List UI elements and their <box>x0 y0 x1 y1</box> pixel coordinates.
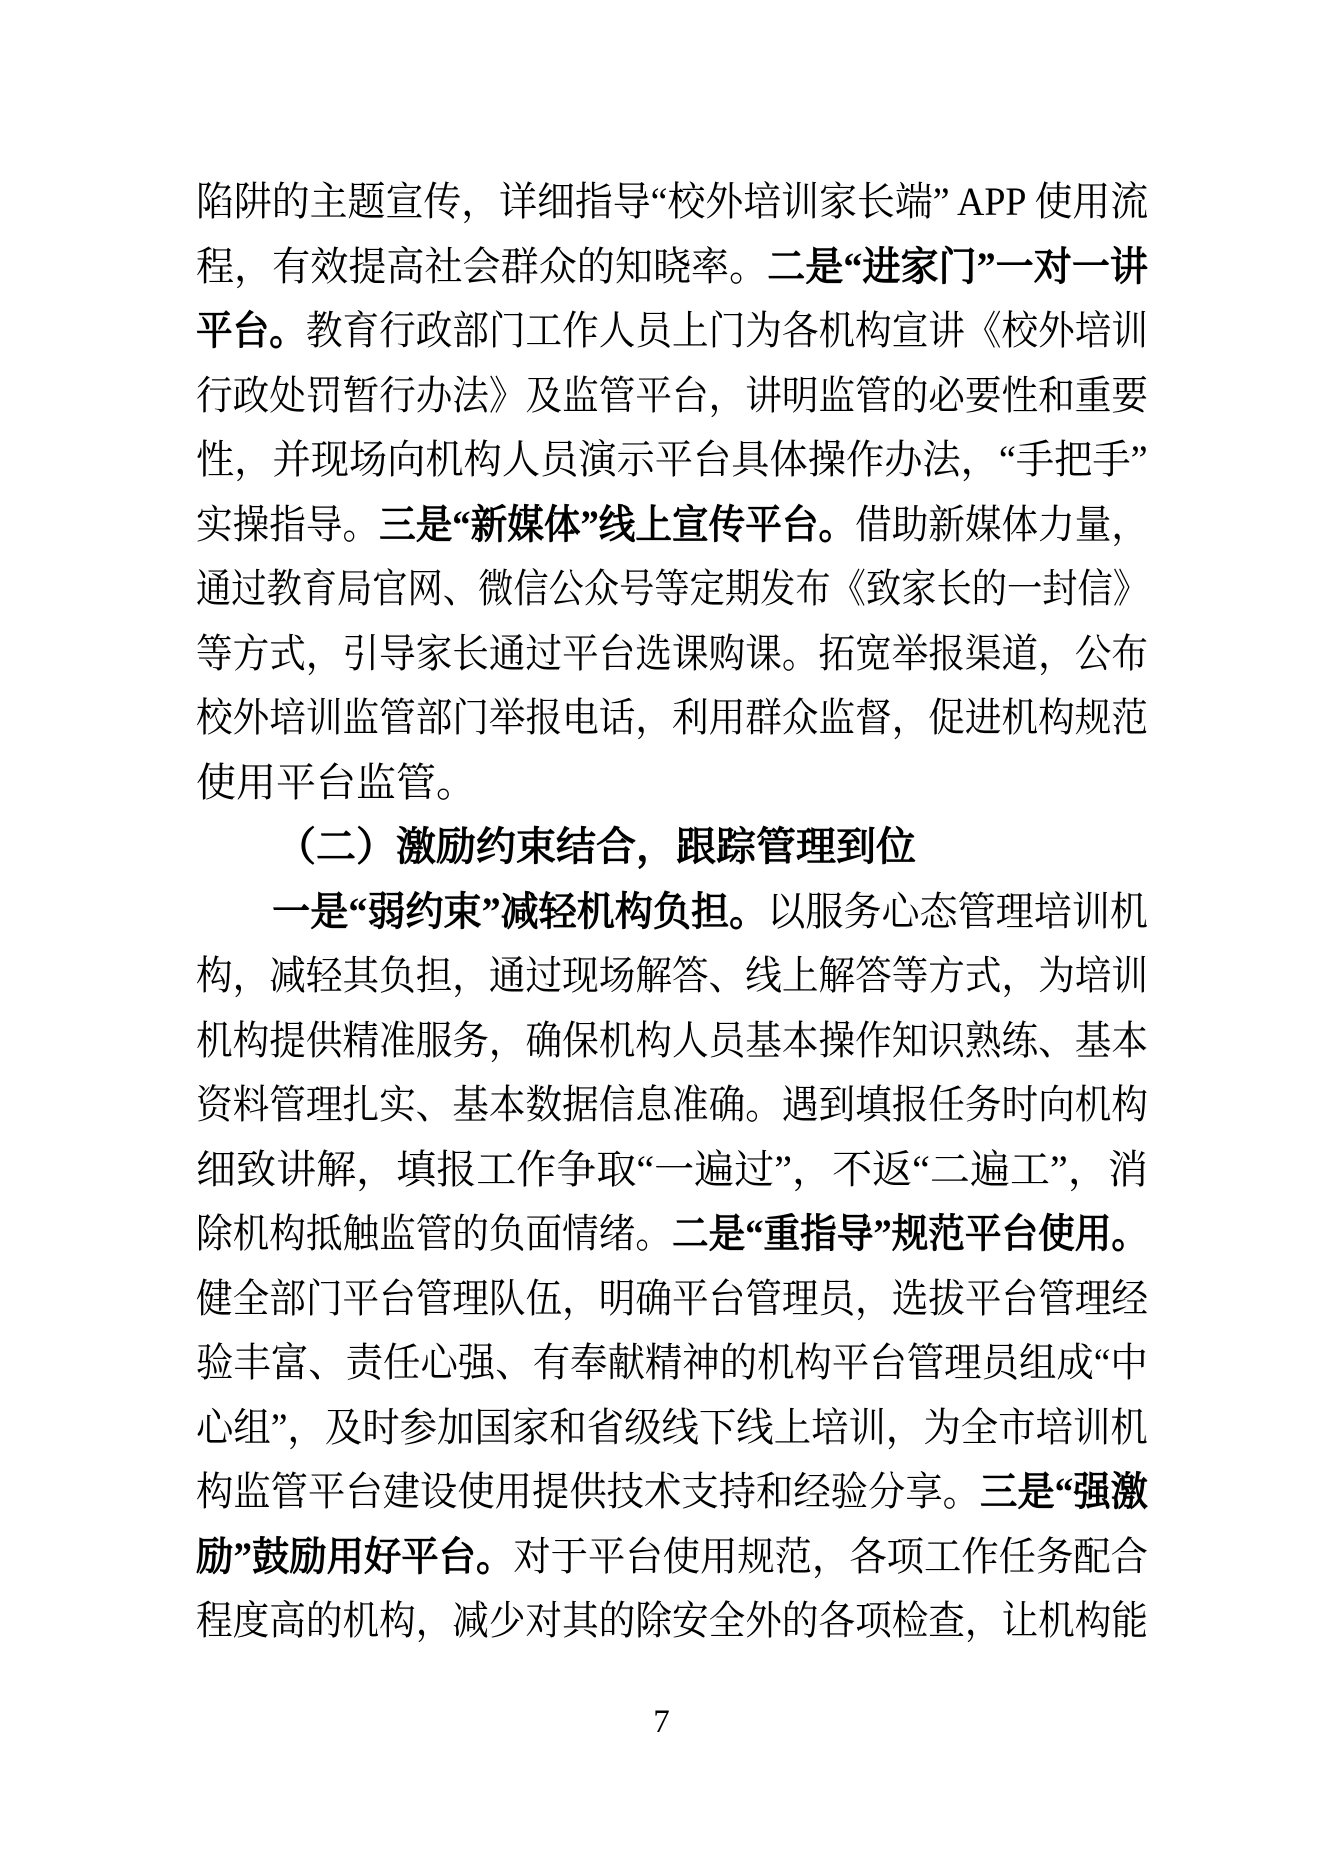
text-segment: 息 <box>635 1073 672 1138</box>
text-segment: 使 <box>457 1460 494 1525</box>
text-segment: 场 <box>349 428 387 493</box>
text-segment: 确 <box>526 1009 563 1074</box>
text-segment: 构 <box>855 299 892 364</box>
text-segment: 利 <box>672 686 709 751</box>
text-segment: 国 <box>474 1396 511 1461</box>
text-segment: 基 <box>1075 1009 1112 1074</box>
text-line: 验丰富、责任心强、有奉献精神的机构平台管理员组成“中 <box>196 1331 1086 1396</box>
text-segment: 群 <box>745 686 782 751</box>
text-segment: 人 <box>502 428 540 493</box>
text-segment: 政 <box>233 364 270 429</box>
text-segment: 培 <box>811 1396 848 1461</box>
text-segment: 有 <box>533 1331 570 1396</box>
text-segment: 组 <box>1019 1331 1056 1396</box>
text-segment: 构 <box>1038 686 1075 751</box>
text-segment: 有 <box>272 235 310 300</box>
text-segment: 。 <box>729 235 767 300</box>
text-segment: 法 <box>922 428 960 493</box>
text-segment: 程 <box>196 1589 233 1654</box>
bold-text-segment: 新 <box>471 493 508 558</box>
text-line: （二）激励约束结合，跟踪管理到位 <box>196 815 1148 880</box>
text-line: 程，有效提高社会群众的知晓率。二是“进家门”一对一讲 <box>196 235 1102 300</box>
text-segment: 提 <box>269 1009 306 1074</box>
text-segment: 使 <box>196 751 236 816</box>
text-segment: 管 <box>379 686 416 751</box>
text-segment: 信 <box>513 557 548 622</box>
text-segment: 渠 <box>965 622 1002 687</box>
text-segment: 查 <box>928 1589 965 1654</box>
text-segment: 情 <box>562 1202 599 1267</box>
text-segment: 重 <box>1075 364 1112 429</box>
text-segment: 》 <box>1113 557 1148 622</box>
text-segment: 式 <box>965 944 1002 1009</box>
text-segment: 监 <box>379 1202 416 1267</box>
text-segment: 和 <box>1038 364 1075 429</box>
bold-text-segment: 是 <box>416 493 453 558</box>
text-segment: ， <box>812 1525 849 1590</box>
text-segment: 管 <box>907 1331 944 1396</box>
text-segment: “ <box>1094 1331 1111 1396</box>
bold-text-segment: 宣 <box>672 493 709 558</box>
text-segment: ， <box>234 235 272 300</box>
text-segment: ， <box>855 1267 892 1332</box>
text-segment: 平 <box>562 622 599 687</box>
text-segment: 、 <box>416 1073 453 1138</box>
text-segment: 拓 <box>818 622 855 687</box>
text-segment: 返 <box>872 1138 912 1203</box>
bold-text-segment: 鼓 <box>252 1525 289 1590</box>
text-segment: 导 <box>613 170 651 235</box>
text-segment: 话 <box>599 686 636 751</box>
text-segment: 术 <box>644 1460 681 1525</box>
text-segment: ， <box>965 1589 1002 1654</box>
text-line: 校外培训监管部门举报电话，利用群众监督，促进机构规范 <box>196 686 1067 751</box>
text-line: 构，减轻其负担，通过现场解答、线上解答等方式，为培训 <box>196 944 1067 1009</box>
text-segment: 体 <box>1002 493 1039 558</box>
text-segment: 监 <box>818 364 855 429</box>
text-segment: 答 <box>855 944 892 1009</box>
text-segment: 举 <box>489 686 526 751</box>
text-segment: 外 <box>705 170 743 235</box>
text-segment: 持 <box>719 1460 756 1525</box>
text-segment: 能 <box>1111 1589 1148 1654</box>
text-segment: 等 <box>196 622 233 687</box>
text-segment: 务 <box>843 880 881 945</box>
text-segment: 、 <box>495 1331 532 1396</box>
text-segment: 高 <box>386 235 424 300</box>
text-segment: 通 <box>489 622 526 687</box>
text-segment: 细 <box>196 1138 236 1203</box>
text-segment: 定 <box>690 557 725 622</box>
text-segment: ” <box>1050 1138 1068 1203</box>
text-segment: 全 <box>961 1396 998 1461</box>
text-segment: 方 <box>928 944 965 1009</box>
text-line: 机构提供精准服务，确保机构人员基本操作知识熟练、基本 <box>196 1009 1067 1074</box>
text-segment: 过 <box>734 1138 774 1203</box>
text-segment: 效 <box>310 235 348 300</box>
bold-text-segment: 。 <box>1111 1202 1148 1267</box>
text-segment: APP <box>950 170 1035 235</box>
bold-text-segment: 一 <box>996 235 1034 300</box>
text-segment: 门 <box>489 299 526 364</box>
text-segment: 奉 <box>570 1331 607 1396</box>
text-segment: 管 <box>599 364 636 429</box>
text-segment: 指 <box>269 493 306 558</box>
text-segment: 构 <box>795 1331 832 1396</box>
bold-text-segment: 使 <box>1038 1202 1075 1267</box>
bold-text-segment: 三 <box>379 493 416 558</box>
bold-text-segment: 三 <box>980 1460 1017 1525</box>
text-segment: 强 <box>458 1331 495 1396</box>
text-segment: 服 <box>805 880 843 945</box>
bold-text-segment: 二 <box>316 815 356 880</box>
text-segment: 训 <box>1073 1396 1110 1461</box>
text-segment: 进 <box>965 686 1002 751</box>
text-segment: 操 <box>808 428 846 493</box>
bold-text-segment: “ <box>452 493 470 558</box>
text-segment: 经 <box>1111 1267 1148 1332</box>
bold-text-segment: 讲 <box>1110 235 1148 300</box>
text-segment: 培 <box>743 170 781 235</box>
text-segment: 管 <box>855 364 892 429</box>
text-segment: ， <box>234 428 272 493</box>
text-segment: 全 <box>233 1267 270 1332</box>
text-segment: 校 <box>1002 299 1039 364</box>
text-segment: 训 <box>781 170 819 235</box>
text-segment: 。 <box>436 751 476 816</box>
text-segment: 宣 <box>892 299 929 364</box>
text-segment: 线 <box>661 1396 698 1461</box>
text-segment: 长 <box>936 557 971 622</box>
text-segment: 实 <box>196 493 233 558</box>
text-segment: 《 <box>965 299 1002 364</box>
text-segment: 务 <box>452 1009 489 1074</box>
text-segment: 于 <box>551 1525 588 1590</box>
text-segment: 的 <box>452 1202 489 1267</box>
text-segment: ， <box>233 944 270 1009</box>
text-segment: 使 <box>1035 170 1073 235</box>
text-segment: 众 <box>782 686 819 751</box>
bold-text-segment: 励 <box>436 815 476 880</box>
bold-text-segment: 好 <box>364 1525 401 1590</box>
text-segment: 、 <box>443 557 478 622</box>
bold-text-segment: 励 <box>196 1525 233 1590</box>
text-line: 构监管平台建设使用提供技术支持和经验分享。三是“强激 <box>196 1460 1085 1525</box>
text-segment: 号 <box>619 557 654 622</box>
text-segment: 场 <box>599 944 636 1009</box>
text-segment: 宽 <box>855 622 892 687</box>
text-segment: “ <box>651 170 668 235</box>
bold-text-segment: 重 <box>764 1202 801 1267</box>
bold-text-segment: 励 <box>289 1525 326 1590</box>
text-segment: 台 <box>379 1267 416 1332</box>
bold-text-segment: 结 <box>556 815 596 880</box>
text-segment: 监 <box>342 686 379 751</box>
text-segment: 期 <box>725 557 760 622</box>
text-segment: 办 <box>884 428 922 493</box>
bold-text-segment: 体 <box>544 493 581 558</box>
bold-text-segment: 平 <box>401 1525 438 1590</box>
text-segment: 的 <box>892 364 929 429</box>
text-segment: 人 <box>599 299 636 364</box>
text-segment: 教 <box>267 557 302 622</box>
text-segment: 。 <box>943 1460 980 1525</box>
text-segment: 教 <box>306 299 343 364</box>
text-segment: 网 <box>408 557 443 622</box>
text-segment: ， <box>709 364 746 429</box>
text-segment: 加 <box>437 1396 474 1461</box>
bold-text-segment: 是 <box>310 880 348 945</box>
text-line: 除机构抵触监管的负面情绪。二是“重指导”规范平台使用。 <box>196 1202 1067 1267</box>
text-segment: 答 <box>672 944 709 1009</box>
text-segment: 献 <box>607 1331 644 1396</box>
text-segment: 管 <box>269 1073 306 1138</box>
text-segment: 明 <box>782 364 819 429</box>
text-segment: 助 <box>892 493 929 558</box>
text-segment: 式 <box>269 622 306 687</box>
text-segment: 级 <box>624 1396 661 1461</box>
text-segment: 中 <box>1110 1331 1147 1396</box>
text-segment: 详 <box>499 170 537 235</box>
text-segment: 训 <box>849 1396 886 1461</box>
text-segment: 发 <box>760 557 795 622</box>
text-segment: 用 <box>1072 170 1110 235</box>
text-segment: 神 <box>682 1331 719 1396</box>
text-segment: 其 <box>342 944 379 1009</box>
text-segment: 宣 <box>385 170 423 235</box>
text-segment: 构 <box>196 1460 233 1525</box>
text-segment: 机 <box>1110 1396 1147 1461</box>
text-segment: 方 <box>233 622 270 687</box>
text-segment: 现 <box>311 428 349 493</box>
bold-text-segment: 一 <box>272 880 310 945</box>
text-segment: 面 <box>526 1202 563 1267</box>
text-segment: 为 <box>923 1396 960 1461</box>
text-segment: 填 <box>855 1073 892 1138</box>
text-segment: 的 <box>306 1589 343 1654</box>
text-segment: 据 <box>562 1073 599 1138</box>
text-segment: 数 <box>526 1073 563 1138</box>
text-segment: 理 <box>944 1331 981 1396</box>
text-segment: 配 <box>1073 1525 1110 1590</box>
text-segment: 市 <box>998 1396 1035 1461</box>
text-segment: 享 <box>905 1460 942 1525</box>
text-segment: ， <box>792 1138 832 1203</box>
text-segment: 暂 <box>342 364 379 429</box>
bold-text-segment: 到 <box>836 815 876 880</box>
text-segment: 平 <box>588 1525 625 1590</box>
text-segment: 选 <box>635 622 672 687</box>
text-segment: 减 <box>452 1589 489 1654</box>
bold-text-segment: 。 <box>818 493 855 558</box>
text-segment: 抵 <box>306 1202 343 1267</box>
text-segment: 率 <box>691 235 729 300</box>
text-segment: 局 <box>337 557 372 622</box>
text-segment: ” <box>1131 428 1148 493</box>
text-segment: 流 <box>1110 170 1148 235</box>
text-segment: 门 <box>709 299 746 364</box>
text-segment: 熟 <box>965 1009 1002 1074</box>
text-segment: 建 <box>383 1460 420 1525</box>
text-segment: 线 <box>736 1396 773 1461</box>
text-segment: 要 <box>965 364 1002 429</box>
text-segment: 时 <box>362 1396 399 1461</box>
text-segment: 态 <box>920 880 958 945</box>
text-segment: 管 <box>416 1267 453 1332</box>
text-segment: 对 <box>513 1525 550 1590</box>
text-segment: 实 <box>379 1073 416 1138</box>
text-segment: 构 <box>635 1009 672 1074</box>
bold-text-segment: ， <box>636 815 676 880</box>
text-segment: 本 <box>782 1009 819 1074</box>
text-segment: ， <box>892 686 929 751</box>
text-segment: 解 <box>818 944 855 1009</box>
text-segment: 要 <box>1111 364 1148 429</box>
text-segment: 购 <box>709 622 746 687</box>
text-segment: 平 <box>635 364 672 429</box>
bold-text-segment: 平 <box>745 493 782 558</box>
text-segment: 行 <box>379 299 416 364</box>
text-segment: 任 <box>383 1331 420 1396</box>
text-segment: 题 <box>348 170 386 235</box>
text-segment: ” <box>774 1138 792 1203</box>
bold-text-segment: 用 <box>327 1525 364 1590</box>
text-segment: 程 <box>196 235 234 300</box>
text-segment: 少 <box>489 1589 526 1654</box>
text-segment: 监 <box>562 364 599 429</box>
text-segment: 安 <box>672 1589 709 1654</box>
text-segment: 监 <box>233 1460 270 1525</box>
text-segment: 办 <box>416 364 453 429</box>
bold-text-segment: 传 <box>709 493 746 558</box>
text-segment: ， <box>886 1396 923 1461</box>
text-segment: 上 <box>782 944 819 1009</box>
text-segment: 行 <box>379 364 416 429</box>
bold-text-segment: “ <box>843 235 862 300</box>
bold-text-segment: 媒 <box>507 493 544 558</box>
text-segment: 服 <box>416 1009 453 1074</box>
text-line: 心组”，及时参加国家和省级线下线上培训，为全市培训机 <box>196 1396 1086 1461</box>
text-segment: ， <box>489 1009 526 1074</box>
text-segment: 微 <box>478 557 513 622</box>
text-segment: 具 <box>731 428 769 493</box>
text-segment: 除 <box>635 1589 672 1654</box>
text-segment: 、 <box>709 944 746 1009</box>
text-segment: 过 <box>231 557 266 622</box>
bold-text-segment: 激 <box>1111 1460 1148 1525</box>
bold-text-segment: 是 <box>1017 1460 1054 1525</box>
text-segment: 、 <box>308 1331 345 1396</box>
page-number: 7 <box>0 1702 1323 1742</box>
text-segment: 理 <box>306 1073 343 1138</box>
text-segment: 演 <box>578 428 616 493</box>
text-segment: 培 <box>1036 1396 1073 1461</box>
bold-text-segment: 对 <box>1034 235 1072 300</box>
text-segment: 各 <box>849 1525 886 1590</box>
text-segment: 下 <box>699 1396 736 1461</box>
bold-text-segment: “ <box>348 880 367 945</box>
text-segment: 晓 <box>653 235 691 300</box>
text-line: 资料管理扎实、基本数据信息准确。遇到填报任务时向机构 <box>196 1073 1067 1138</box>
text-segment: 使 <box>663 1525 700 1590</box>
text-segment: 触 <box>342 1202 379 1267</box>
text-segment: 平 <box>276 751 316 816</box>
text-segment: 过 <box>526 944 563 1009</box>
text-segment: 媒 <box>965 493 1002 558</box>
bold-text-segment: 约 <box>405 880 443 945</box>
text-segment: 机 <box>1110 880 1148 945</box>
text-segment: 平 <box>965 1267 1002 1332</box>
text-segment: ， <box>1068 1138 1108 1203</box>
text-segment: 并 <box>272 428 310 493</box>
text-segment: 省 <box>587 1396 624 1461</box>
text-block: 陷阱的主题宣传，详细指导“校外培训家长端” APP 使用流程，有效提高社会群众的… <box>196 170 1148 1654</box>
bold-text-segment: 束 <box>444 880 482 945</box>
text-segment: 训 <box>306 686 343 751</box>
text-segment: 高 <box>269 1589 306 1654</box>
text-segment: 构 <box>1111 1073 1148 1138</box>
text-segment: 用 <box>495 1460 532 1525</box>
text-segment: 台 <box>316 751 356 816</box>
text-segment: 家 <box>819 170 857 235</box>
text-segment: 知 <box>892 1009 929 1074</box>
text-segment: 门 <box>452 686 489 751</box>
text-segment: 本 <box>1111 1009 1148 1074</box>
text-segment: 验 <box>831 1460 868 1525</box>
text-segment: 构 <box>464 428 502 493</box>
text-segment: 识 <box>928 1009 965 1074</box>
text-line: 一是“弱约束”减轻机构负担。以服务心态管理培训机 <box>196 880 1102 945</box>
bold-text-segment: ” <box>233 1525 252 1590</box>
text-segment: 台 <box>672 364 709 429</box>
text-segment: 等 <box>654 557 689 622</box>
text-segment: 支 <box>681 1460 718 1525</box>
text-segment: 伍 <box>526 1267 563 1332</box>
text-segment: 拔 <box>928 1267 965 1332</box>
bold-text-segment: 管 <box>756 815 796 880</box>
text-segment: 长 <box>452 622 489 687</box>
text-segment: 管 <box>271 1460 308 1525</box>
text-segment: 为 <box>1038 944 1075 1009</box>
text-segment: 。 <box>635 1202 672 1267</box>
text-segment: ， <box>961 428 999 493</box>
text-segment: 平 <box>342 1267 379 1332</box>
bold-text-segment: 束 <box>516 815 556 880</box>
text-segment: 平 <box>672 1267 709 1332</box>
text-segment: 争 <box>556 1138 596 1203</box>
text-segment: 料 <box>233 1073 270 1138</box>
text-segment: 布 <box>1111 622 1148 687</box>
bold-text-segment: 强 <box>1073 1460 1110 1525</box>
text-segment: ， <box>562 1267 599 1332</box>
text-segment: 为 <box>745 299 782 364</box>
text-segment: 工 <box>526 299 563 364</box>
text-segment: 量 <box>1075 493 1112 558</box>
text-segment: 校 <box>668 170 706 235</box>
text-segment: 全 <box>709 1589 746 1654</box>
text-segment: 负 <box>489 1202 526 1267</box>
text-segment: 成 <box>1056 1331 1093 1396</box>
text-segment: 负 <box>379 944 416 1009</box>
text-segment: 理 <box>1075 1267 1112 1332</box>
bold-text-segment: 。 <box>269 299 306 364</box>
bold-text-segment: 合 <box>596 815 636 880</box>
text-segment: 示 <box>617 428 655 493</box>
text-segment: 构 <box>196 944 233 1009</box>
bold-text-segment: 踪 <box>716 815 756 880</box>
text-segment: ， <box>452 944 489 1009</box>
bold-text-segment: 平 <box>196 299 233 364</box>
